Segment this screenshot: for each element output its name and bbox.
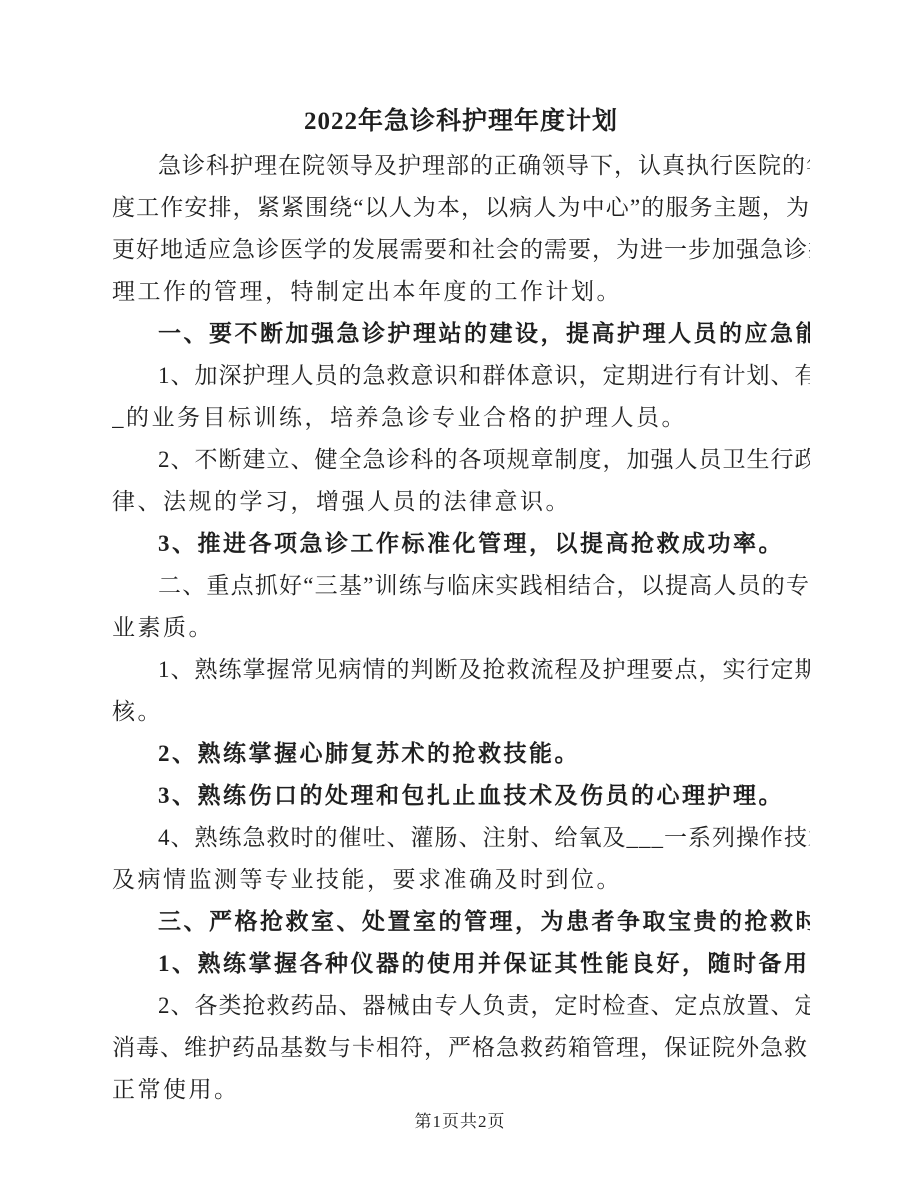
page-footer: 第1页共2页 bbox=[0, 1108, 920, 1136]
paragraph: 1、加深护理人员的急救意识和群体意识，定期进行有计划、有___的业务目标训练，培… bbox=[112, 355, 810, 439]
text-line: 三、严格抢救室、处置室的管理，为患者争取宝贵的抢救时机 bbox=[112, 901, 810, 943]
text-line: 急诊科护理在院领导及护理部的正确领导下，认真执行医院的年 bbox=[112, 145, 810, 187]
document-title: 2022年急诊科护理年度计划 bbox=[112, 103, 810, 145]
text-line: 更好地适应急诊医学的发展需要和社会的需要，为进一步加强急诊护 bbox=[112, 229, 810, 271]
text-line: 及病情监测等专业技能，要求准确及时到位。 bbox=[112, 859, 810, 901]
text-line: _的业务目标训练，培养急诊专业合格的护理人员。 bbox=[112, 397, 810, 439]
text-line: 1、熟练掌握各种仪器的使用并保证其性能良好，随时备用。 bbox=[112, 943, 810, 985]
text-line: 2、各类抢救药品、器械由专人负责，定时检查、定点放置、定期 bbox=[112, 985, 810, 1027]
paragraph: 急诊科护理在院领导及护理部的正确领导下，认真执行医院的年度工作安排，紧紧围绕“以… bbox=[112, 145, 810, 313]
document-body: 急诊科护理在院领导及护理部的正确领导下，认真执行医院的年度工作安排，紧紧围绕“以… bbox=[112, 145, 810, 1111]
text-line: 2、熟练掌握心肺复苏术的抢救技能。 bbox=[112, 733, 810, 775]
text-line: 核。 bbox=[112, 691, 810, 733]
paragraph: 二、重点抓好“三基”训练与临床实践相结合，以提高人员的专业素质。 bbox=[112, 565, 810, 649]
paragraph: 1、熟练掌握各种仪器的使用并保证其性能良好，随时备用。 bbox=[112, 943, 810, 985]
paragraph: 2、不断建立、健全急诊科的各项规章制度，加强人员卫生行政法律、法规的学习，增强人… bbox=[112, 439, 810, 523]
paragraph: 2、熟练掌握心肺复苏术的抢救技能。 bbox=[112, 733, 810, 775]
paragraph: 1、熟练掌握常见病情的判断及抢救流程及护理要点，实行定期考核。 bbox=[112, 649, 810, 733]
text-line: 一、要不断加强急诊护理站的建设，提高护理人员的应急能力 bbox=[112, 313, 810, 355]
text-line: 正常使用。 bbox=[112, 1069, 810, 1111]
text-line: 理工作的管理，特制定出本年度的工作计划。 bbox=[112, 271, 810, 313]
text-line: 3、熟练伤口的处理和包扎止血技术及伤员的心理护理。 bbox=[112, 775, 810, 817]
text-line: 4、熟练急救时的催吐、灌肠、注射、给氧及___一系列操作技术 bbox=[112, 817, 810, 859]
paragraph: 三、严格抢救室、处置室的管理，为患者争取宝贵的抢救时机 bbox=[112, 901, 810, 943]
paragraph: 2、各类抢救药品、器械由专人负责，定时检查、定点放置、定期消毒、维护药品基数与卡… bbox=[112, 985, 810, 1111]
paragraph: 4、熟练急救时的催吐、灌肠、注射、给氧及___一系列操作技术及病情监测等专业技能… bbox=[112, 817, 810, 901]
paragraph: 3、推进各项急诊工作标准化管理，以提高抢救成功率。 bbox=[112, 523, 810, 565]
text-line: 消毒、维护药品基数与卡相符，严格急救药箱管理，保证院外急救的 bbox=[112, 1027, 810, 1069]
text-line: 1、熟练掌握常见病情的判断及抢救流程及护理要点，实行定期考 bbox=[112, 649, 810, 691]
paragraph: 3、熟练伤口的处理和包扎止血技术及伤员的心理护理。 bbox=[112, 775, 810, 817]
text-line: 律、法规的学习，增强人员的法律意识。 bbox=[112, 481, 810, 523]
text-line: 1、加深护理人员的急救意识和群体意识，定期进行有计划、有__ bbox=[112, 355, 810, 397]
paragraph: 一、要不断加强急诊护理站的建设，提高护理人员的应急能力 bbox=[112, 313, 810, 355]
document-page: 2022年急诊科护理年度计划 急诊科护理在院领导及护理部的正确领导下，认真执行医… bbox=[0, 0, 920, 1191]
text-line: 度工作安排，紧紧围绕“以人为本，以病人为中心”的服务主题，为 bbox=[112, 187, 810, 229]
text-line: 业素质。 bbox=[112, 607, 810, 649]
text-line: 2、不断建立、健全急诊科的各项规章制度，加强人员卫生行政法 bbox=[112, 439, 810, 481]
text-line: 3、推进各项急诊工作标准化管理，以提高抢救成功率。 bbox=[112, 523, 810, 565]
text-line: 二、重点抓好“三基”训练与临床实践相结合，以提高人员的专 bbox=[112, 565, 810, 607]
